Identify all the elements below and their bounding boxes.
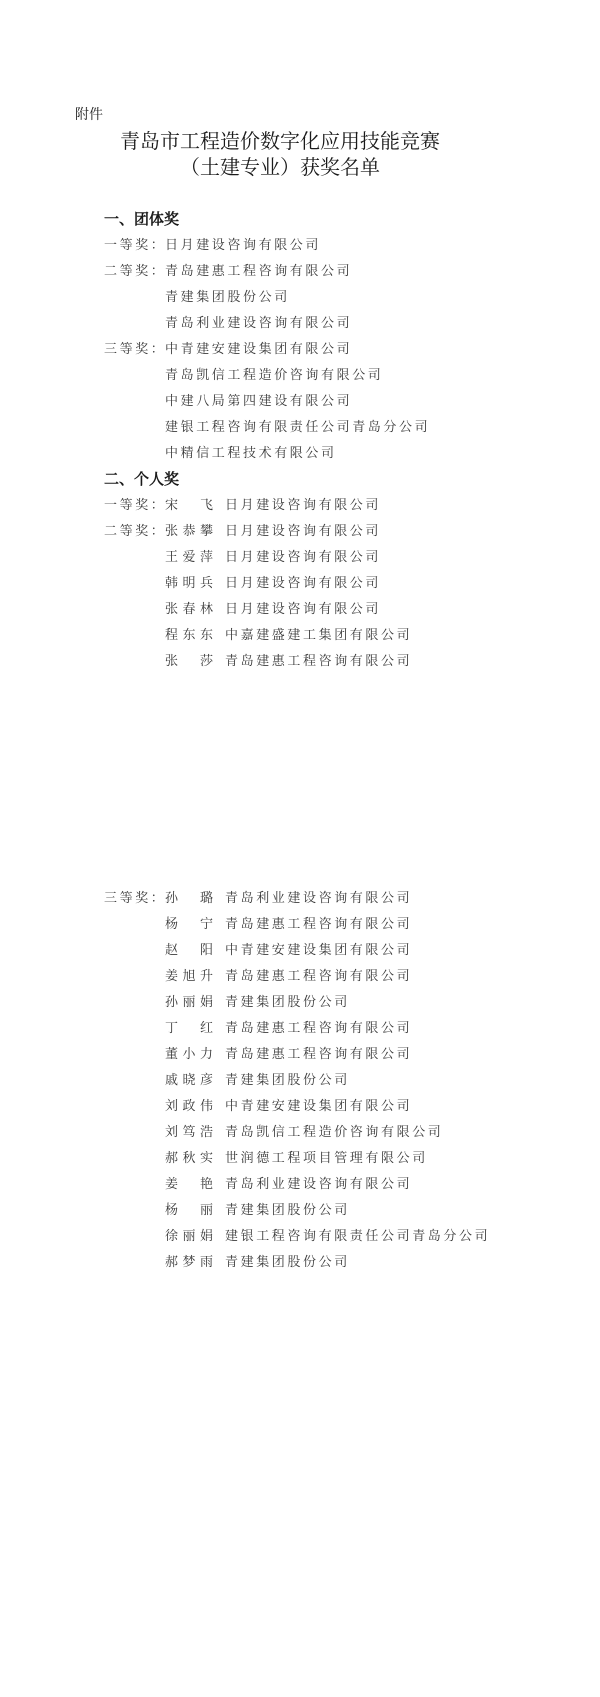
name-char: 张 xyxy=(165,598,178,617)
name-char: 红 xyxy=(200,1017,213,1036)
person-name: 丁红 xyxy=(165,1017,213,1036)
company-name: 中嘉建盛建工集团有限公司 xyxy=(225,624,412,643)
company-name: 青建集团股份公司 xyxy=(225,1199,350,1218)
person-name: 姜旭升 xyxy=(165,965,213,984)
company-name: 青岛建惠工程咨询有限公司 xyxy=(225,913,412,932)
company-name: 青岛利业建设咨询有限公司 xyxy=(225,1173,412,1192)
name-char: 刘 xyxy=(165,1121,178,1140)
name-char: 姜 xyxy=(165,1173,178,1192)
name-char: 攀 xyxy=(200,520,213,539)
person-name: 戚晓彦 xyxy=(165,1069,213,1088)
name-char: 实 xyxy=(200,1147,213,1166)
name-char: 升 xyxy=(200,965,213,984)
name-char: 晓 xyxy=(182,1069,195,1088)
name-char: 董 xyxy=(165,1043,178,1062)
person-name: 郝梦雨 xyxy=(165,1251,213,1270)
company-name: 中青建安建设集团有限公司 xyxy=(225,1095,412,1114)
company-name: 中青建安建设集团有限公司 xyxy=(165,338,352,357)
document-title-line1: 青岛市工程造价数字化应用技能竞赛 xyxy=(0,125,560,154)
company-name: 日月建设咨询有限公司 xyxy=(225,598,381,617)
company-name: 青岛凯信工程造价咨询有限公司 xyxy=(225,1121,443,1140)
company-name: 建银工程咨询有限责任公司青岛分公司 xyxy=(225,1225,490,1244)
team-awards-heading: 一、团体奖 xyxy=(104,208,179,229)
name-char: 赵 xyxy=(165,939,178,958)
name-char: 璐 xyxy=(200,887,213,906)
award-level: 二等奖： xyxy=(104,520,166,539)
name-char: 刘 xyxy=(165,1095,178,1114)
company-name: 日月建设咨询有限公司 xyxy=(225,546,381,565)
company-name: 青建集团股份公司 xyxy=(165,286,290,305)
name-char: 徐 xyxy=(165,1225,178,1244)
company-name: 中建八局第四建设有限公司 xyxy=(165,390,352,409)
award-level: 一等奖： xyxy=(104,234,166,253)
name-char: 宋 xyxy=(165,494,178,513)
company-name: 中精信工程技术有限公司 xyxy=(165,442,337,461)
company-name: 日月建设咨询有限公司 xyxy=(225,572,381,591)
name-char: 娟 xyxy=(200,1225,213,1244)
name-char: 丽 xyxy=(200,1199,213,1218)
person-name: 姜艳 xyxy=(165,1173,213,1192)
company-name: 世润德工程项目管理有限公司 xyxy=(225,1147,428,1166)
name-char: 韩 xyxy=(165,572,178,591)
person-name: 刘政伟 xyxy=(165,1095,213,1114)
name-char: 东 xyxy=(200,624,213,643)
name-char: 萍 xyxy=(200,546,213,565)
award-level: 一等奖： xyxy=(104,494,166,513)
name-char: 明 xyxy=(182,572,195,591)
name-char: 小 xyxy=(182,1043,195,1062)
award-level: 三等奖： xyxy=(104,887,166,906)
name-char: 杨 xyxy=(165,913,178,932)
name-char: 姜 xyxy=(165,965,178,984)
name-char: 王 xyxy=(165,546,178,565)
name-char: 丽 xyxy=(182,991,195,1010)
name-char: 莎 xyxy=(200,650,213,669)
name-char: 兵 xyxy=(200,572,213,591)
name-char: 春 xyxy=(182,598,195,617)
person-name: 宋飞 xyxy=(165,494,213,513)
company-name: 日月建设咨询有限公司 xyxy=(225,520,381,539)
company-name: 青岛利业建设咨询有限公司 xyxy=(225,887,412,906)
name-char: 丽 xyxy=(182,1225,195,1244)
name-char: 爱 xyxy=(182,546,195,565)
name-char: 郝 xyxy=(165,1147,178,1166)
person-name: 孙丽娟 xyxy=(165,991,213,1010)
company-name: 青岛建惠工程咨询有限公司 xyxy=(165,260,352,279)
name-char: 政 xyxy=(182,1095,195,1114)
company-name: 建银工程咨询有限责任公司青岛分公司 xyxy=(165,416,430,435)
name-char: 笃 xyxy=(182,1121,195,1140)
name-char: 孙 xyxy=(165,887,178,906)
company-name: 青建集团股份公司 xyxy=(225,1251,350,1270)
person-name: 张莎 xyxy=(165,650,213,669)
company-name: 青岛建惠工程咨询有限公司 xyxy=(225,965,412,984)
name-char: 梦 xyxy=(182,1251,195,1270)
document-title-line2: （土建专业）获奖名单 xyxy=(0,151,560,180)
name-char: 彦 xyxy=(200,1069,213,1088)
name-char: 张 xyxy=(165,520,178,539)
name-char: 娟 xyxy=(200,991,213,1010)
person-name: 张恭攀 xyxy=(165,520,213,539)
person-name: 杨丽 xyxy=(165,1199,213,1218)
award-level: 二等奖： xyxy=(104,260,166,279)
name-char: 张 xyxy=(165,650,178,669)
name-char: 浩 xyxy=(200,1121,213,1140)
person-name: 董小力 xyxy=(165,1043,213,1062)
company-name: 青建集团股份公司 xyxy=(225,991,350,1010)
name-char: 恭 xyxy=(182,520,195,539)
name-char: 秋 xyxy=(182,1147,195,1166)
name-char: 程 xyxy=(165,624,178,643)
person-name: 赵阳 xyxy=(165,939,213,958)
company-name: 青建集团股份公司 xyxy=(225,1069,350,1088)
person-name: 孙璐 xyxy=(165,887,213,906)
person-name: 刘笃浩 xyxy=(165,1121,213,1140)
person-name: 王爱萍 xyxy=(165,546,213,565)
person-name: 郝秋实 xyxy=(165,1147,213,1166)
company-name: 青岛建惠工程咨询有限公司 xyxy=(225,1043,412,1062)
company-name: 日月建设咨询有限公司 xyxy=(165,234,321,253)
person-name: 程东东 xyxy=(165,624,213,643)
name-char: 宁 xyxy=(200,913,213,932)
person-name: 徐丽娟 xyxy=(165,1225,213,1244)
name-char: 伟 xyxy=(200,1095,213,1114)
name-char: 旭 xyxy=(182,965,195,984)
company-name: 青岛建惠工程咨询有限公司 xyxy=(225,1017,412,1036)
name-char: 阳 xyxy=(200,939,213,958)
company-name: 青岛建惠工程咨询有限公司 xyxy=(225,650,412,669)
person-name: 韩明兵 xyxy=(165,572,213,591)
name-char: 杨 xyxy=(165,1199,178,1218)
person-name: 张春林 xyxy=(165,598,213,617)
name-char: 雨 xyxy=(200,1251,213,1270)
company-name: 日月建设咨询有限公司 xyxy=(225,494,381,513)
name-char: 丁 xyxy=(165,1017,178,1036)
individual-awards-heading: 二、个人奖 xyxy=(104,468,179,489)
name-char: 戚 xyxy=(165,1069,178,1088)
person-name: 杨宁 xyxy=(165,913,213,932)
name-char: 郝 xyxy=(165,1251,178,1270)
name-char: 飞 xyxy=(200,494,213,513)
name-char: 艳 xyxy=(200,1173,213,1192)
name-char: 孙 xyxy=(165,991,178,1010)
company-name: 青岛凯信工程造价咨询有限公司 xyxy=(165,364,383,383)
attachment-label: 附件 xyxy=(75,104,103,124)
name-char: 林 xyxy=(200,598,213,617)
company-name: 中青建安建设集团有限公司 xyxy=(225,939,412,958)
company-name: 青岛利业建设咨询有限公司 xyxy=(165,312,352,331)
name-char: 东 xyxy=(182,624,195,643)
name-char: 力 xyxy=(200,1043,213,1062)
award-level: 三等奖： xyxy=(104,338,166,357)
